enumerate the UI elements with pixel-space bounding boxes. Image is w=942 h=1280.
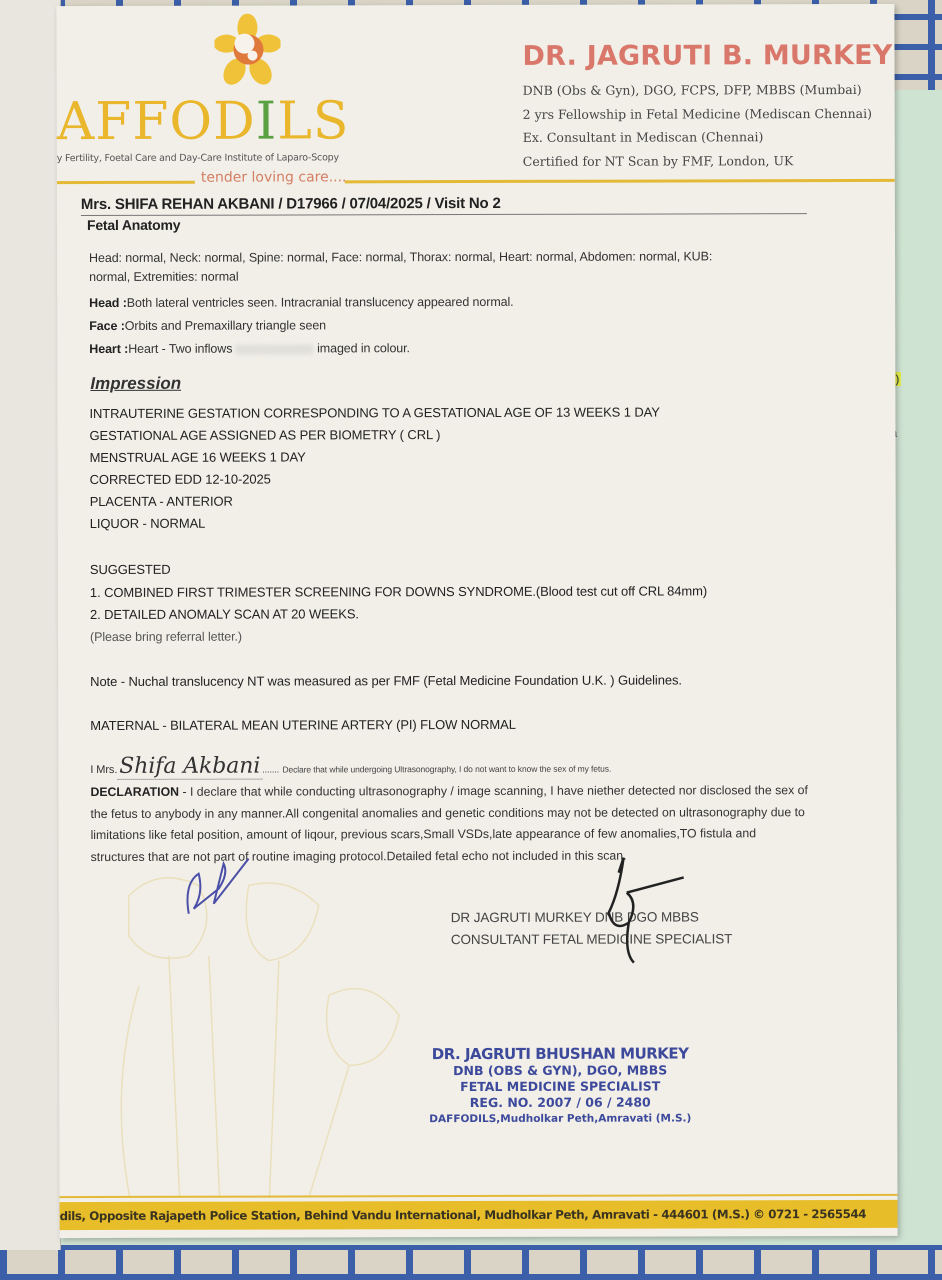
- anatomy-face: Face :Orbits and Premaxillary triangle s…: [89, 318, 326, 333]
- patient-signature-icon: [179, 854, 259, 934]
- clinic-subtitle: y Fertility, Foetal Care and Day-Care In…: [57, 152, 339, 164]
- clinic-address-footer: dils, Opposite Rajapeth Police Station, …: [60, 1200, 898, 1230]
- maternal-finding: MATERNAL - BILATERAL MEAN UTERINE ARTERY…: [90, 717, 516, 733]
- tagline-rule: tender loving care....: [57, 172, 895, 188]
- doctor-stamp: DR. JAGRUTI BHUSHAN MURKEY DNB (OBS & GY…: [429, 1044, 691, 1127]
- fetal-anatomy-title: Fetal Anatomy: [87, 217, 180, 233]
- suggested-item: 2. DETAILED ANOMALY SCAN AT 20 WEEKS.: [90, 606, 359, 622]
- daffodil-watermark-icon: [69, 865, 450, 1196]
- anatomy-summary: Head: normal, Neck: normal, Spine: norma…: [89, 249, 712, 265]
- nt-note: Note - Nuchal translucency NT was measur…: [90, 672, 682, 689]
- doctor-signature-icon: [579, 852, 689, 972]
- patient-consent: I Mrs.Shifa Akbani....... Declare that w…: [90, 753, 611, 779]
- suggested-title: SUGGESTED: [90, 562, 171, 577]
- referral-note: (Please bring referral letter.): [90, 630, 242, 644]
- suggested-item: 1. COMBINED FIRST TRIMESTER SCREENING FO…: [90, 583, 707, 600]
- impression-line: MENSTRUAL AGE 16 WEEKS 1 DAY: [90, 449, 306, 465]
- anatomy-heart: Heart :Heart - Two inflows imaged in col…: [89, 341, 410, 356]
- clinic-logo-wordmark: AFFODILS: [57, 91, 350, 152]
- patient-handwritten-name: Shifa Akbani: [117, 754, 262, 780]
- impression-line: INTRAUTERINE GESTATION CORRESPONDING TO …: [89, 405, 659, 421]
- redacted-text: [236, 344, 314, 354]
- clinic-tagline: tender loving care....: [201, 169, 347, 185]
- ultrasound-report-page: AFFODILS y Fertility, Foetal Care and Da…: [56, 4, 897, 1238]
- patient-info-line: Mrs. SHIFA REHAN AKBANI / D17966 / 07/04…: [81, 194, 807, 216]
- anatomy-head: Head :Both lateral ventricles seen. Intr…: [89, 295, 513, 310]
- doctor-qualifications: DNB (Obs & Gyn), DGO, FCPS, DFP, MBBS (M…: [523, 78, 873, 173]
- anatomy-summary-cont: normal, Extremities: normal: [89, 270, 238, 284]
- folder-left-edge: [0, 0, 61, 1250]
- daffodil-logo-icon: [214, 14, 280, 94]
- impression-title: Impression: [90, 374, 181, 394]
- doctor-name-header: DR. JAGRUTI B. MURKEY: [522, 40, 892, 72]
- impression-line: CORRECTED EDD 12-10-2025: [90, 472, 271, 487]
- impression-line: LIQUOR - NORMAL: [90, 516, 206, 531]
- impression-line: GESTATIONAL AGE ASSIGNED AS PER BIOMETRY…: [89, 427, 440, 443]
- impression-line: PLACENTA - ANTERIOR: [90, 494, 233, 509]
